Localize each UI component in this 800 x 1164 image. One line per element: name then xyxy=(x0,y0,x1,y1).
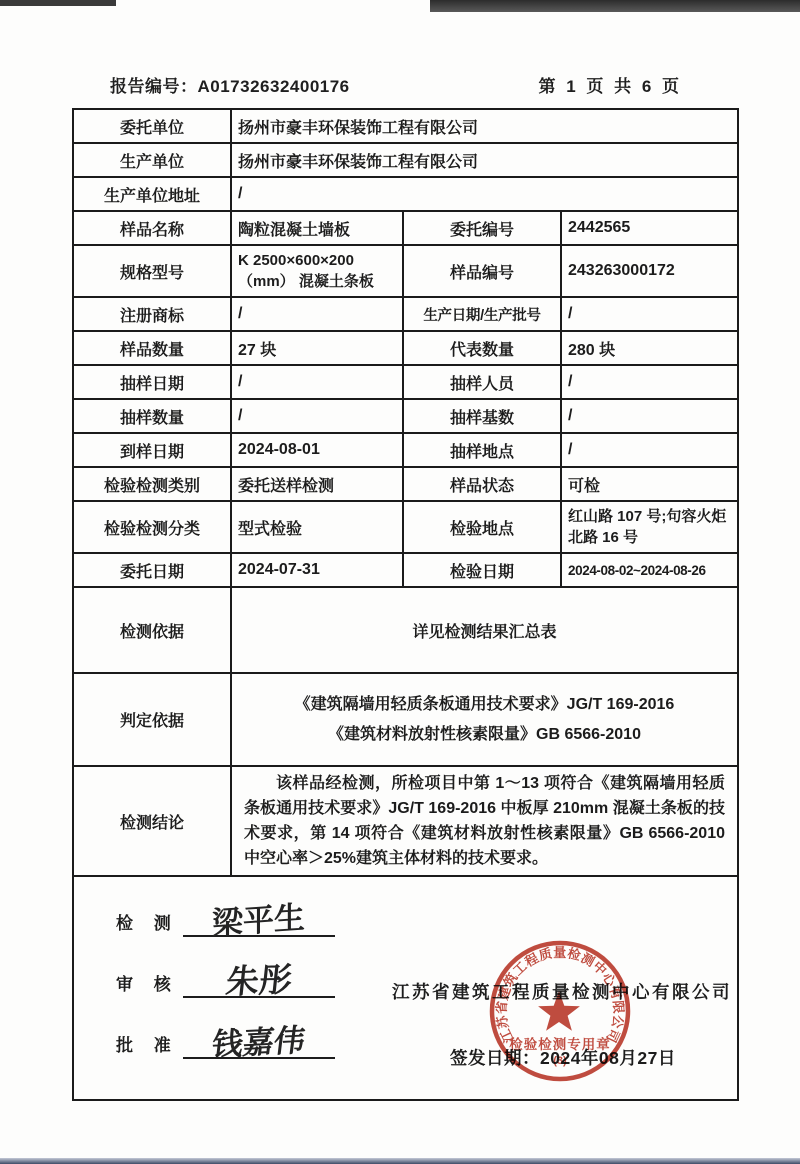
field-label: 抽样数量 xyxy=(73,399,231,433)
field-value: 27 块 xyxy=(231,331,403,365)
approver-signature: 钱嘉伟 xyxy=(211,1027,307,1060)
field-label: 生产单位地址 xyxy=(73,177,231,211)
conclusion-text: 该样品经检测，所检项目中第 1～13 项符合《建筑隔墙用轻质条板通用技术要求》J… xyxy=(238,769,731,873)
row-sample-quantity: 样品数量 27 块 代表数量 280 块 xyxy=(73,331,738,365)
field-label: 委托日期 xyxy=(73,553,231,587)
row-judgement-basis: 判定依据 《建筑隔墙用轻质条板通用技术要求》JG/T 169-2016 《建筑材… xyxy=(73,673,738,766)
field-label: 生产单位 xyxy=(73,143,231,177)
seal-star-icon xyxy=(538,991,580,1031)
row-client: 委托单位 扬州市豪丰环保装饰工程有限公司 xyxy=(73,109,738,143)
field-value: 280 块 xyxy=(561,331,738,365)
field-label: 生产日期/生产批号 xyxy=(403,297,561,331)
report-number-label: 报告编号： xyxy=(110,77,198,96)
seal-banner-text: 检验检测专用章 xyxy=(509,1036,611,1052)
field-label: 检验地点 xyxy=(403,501,561,553)
report-number-value: A01732632400176 xyxy=(198,77,350,96)
field-value: 2442565 xyxy=(561,211,738,245)
field-value: 扬州市豪丰环保装饰工程有限公司 xyxy=(231,109,738,143)
field-label: 检验检测分类 xyxy=(73,501,231,553)
reviewer-signature: 朱彤 xyxy=(224,965,293,997)
row-manufacturer-address: 生产单位地址 / xyxy=(73,177,738,211)
field-value: / xyxy=(231,399,403,433)
field-label: 样品名称 xyxy=(73,211,231,245)
field-value: 该样品经检测，所检项目中第 1～13 项符合《建筑隔墙用轻质条板通用技术要求》J… xyxy=(231,766,738,876)
field-value: 陶粒混凝土墙板 xyxy=(231,211,403,245)
field-value: 2024-07-31 xyxy=(231,553,403,587)
field-label: 检测依据 xyxy=(73,587,231,673)
page-indicator: 第 1 页 共 6 页 xyxy=(538,72,682,97)
row-test-classification: 检验检测分类 型式检验 检验地点 红山路 107 号;句容火炬北路 16 号 xyxy=(73,501,738,553)
field-value: / xyxy=(561,297,738,331)
field-value: 型式检验 xyxy=(231,501,403,553)
reviewer-label: 审 核 xyxy=(116,970,179,998)
field-value: / xyxy=(561,433,738,467)
row-arrival-date: 到样日期 2024-08-01 抽样地点 / xyxy=(73,433,738,467)
field-label: 检验日期 xyxy=(403,553,561,587)
field-label: 注册商标 xyxy=(73,297,231,331)
field-label: 样品编号 xyxy=(403,245,561,297)
field-value: 243263000172 xyxy=(561,245,738,297)
judgement-standard-2: 《建筑材料放射性核素限量》GB 6566-2010 xyxy=(238,720,731,750)
field-value: 2024-08-02~2024-08-26 xyxy=(561,553,738,587)
scan-artifact-bottom xyxy=(0,1158,800,1164)
inspector-label: 检 测 xyxy=(116,909,179,937)
row-commission-date: 委托日期 2024-07-31 检验日期 2024-08-02~2024-08-… xyxy=(73,553,738,587)
scan-artifact-top-right xyxy=(430,0,800,12)
row-manufacturer: 生产单位 扬州市豪丰环保装饰工程有限公司 xyxy=(73,143,738,177)
row-sample-name: 样品名称 陶粒混凝土墙板 委托编号 2442565 xyxy=(73,211,738,245)
row-signoff: 检 测 梁平生 审 核 朱彤 批 准 钱嘉伟 江苏省建筑工程质量检测中心有限公司 xyxy=(73,876,738,1100)
scan-artifact-top-left xyxy=(0,0,116,6)
field-value: / xyxy=(231,365,403,399)
field-label: 抽样人员 xyxy=(403,365,561,399)
field-value: K 2500×600×200（mm） 混凝土条板 xyxy=(231,245,403,297)
reviewer-row: 审 核 朱彤 xyxy=(116,952,335,998)
field-value: 2024-08-01 xyxy=(231,433,403,467)
official-seal: 江苏省建筑工程质量检测中心有限公司 检验检测专用章 (3) xyxy=(480,931,640,1091)
signoff-area: 检 测 梁平生 审 核 朱彤 批 准 钱嘉伟 江苏省建筑工程质量检测中心有限公司 xyxy=(80,879,731,1097)
field-value: 委托送样检测 xyxy=(231,467,403,501)
report-table: 委托单位 扬州市豪丰环保装饰工程有限公司 生产单位 扬州市豪丰环保装饰工程有限公… xyxy=(72,108,739,1101)
field-value: 详见检测结果汇总表 xyxy=(231,587,738,673)
field-label: 到样日期 xyxy=(73,433,231,467)
approver-label: 批 准 xyxy=(116,1031,179,1059)
field-label: 判定依据 xyxy=(73,673,231,766)
inspector-signature-line: 梁平生 xyxy=(183,891,335,937)
field-value: 《建筑隔墙用轻质条板通用技术要求》JG/T 169-2016 《建筑材料放射性核… xyxy=(231,673,738,766)
field-label: 委托单位 xyxy=(73,109,231,143)
field-value: / xyxy=(561,399,738,433)
field-label: 委托编号 xyxy=(403,211,561,245)
field-label: 抽样基数 xyxy=(403,399,561,433)
field-label: 规格型号 xyxy=(73,245,231,297)
report-header: 报告编号：A01732632400176 第 1 页 共 6 页 xyxy=(110,72,682,97)
field-value: 红山路 107 号;句容火炬北路 16 号 xyxy=(561,501,738,553)
field-value: 可检 xyxy=(561,467,738,501)
reviewer-signature-line: 朱彤 xyxy=(183,952,335,998)
report-page: 报告编号：A01732632400176 第 1 页 共 6 页 委托单位 扬州… xyxy=(0,0,800,1164)
judgement-standard-1: 《建筑隔墙用轻质条板通用技术要求》JG/T 169-2016 xyxy=(238,690,731,720)
field-label: 样品状态 xyxy=(403,467,561,501)
row-sampling-quantity: 抽样数量 / 抽样基数 / xyxy=(73,399,738,433)
row-spec-model: 规格型号 K 2500×600×200（mm） 混凝土条板 样品编号 24326… xyxy=(73,245,738,297)
inspector-signature: 梁平生 xyxy=(212,904,305,938)
field-label: 样品数量 xyxy=(73,331,231,365)
approver-row: 批 准 钱嘉伟 xyxy=(116,1013,335,1059)
field-label: 检验检测类别 xyxy=(73,467,231,501)
field-value: / xyxy=(231,177,738,211)
inspector-row: 检 测 梁平生 xyxy=(116,891,335,937)
field-value: / xyxy=(231,297,403,331)
field-label: 代表数量 xyxy=(403,331,561,365)
row-conclusion: 检测结论 该样品经检测，所检项目中第 1～13 项符合《建筑隔墙用轻质条板通用技… xyxy=(73,766,738,876)
field-value: 扬州市豪丰环保装饰工程有限公司 xyxy=(231,143,738,177)
field-label: 检测结论 xyxy=(73,766,231,876)
row-test-basis: 检测依据 详见检测结果汇总表 xyxy=(73,587,738,673)
row-test-category: 检验检测类别 委托送样检测 样品状态 可检 xyxy=(73,467,738,501)
report-number: 报告编号：A01732632400176 xyxy=(110,72,350,97)
row-trademark: 注册商标 / 生产日期/生产批号 / xyxy=(73,297,738,331)
field-label: 抽样日期 xyxy=(73,365,231,399)
signoff-cell: 检 测 梁平生 审 核 朱彤 批 准 钱嘉伟 江苏省建筑工程质量检测中心有限公司 xyxy=(73,876,738,1100)
field-label: 抽样地点 xyxy=(403,433,561,467)
field-value: / xyxy=(561,365,738,399)
row-sampling-date: 抽样日期 / 抽样人员 / xyxy=(73,365,738,399)
seal-number: (3) xyxy=(553,1055,567,1067)
signature-column: 检 测 梁平生 审 核 朱彤 批 准 钱嘉伟 xyxy=(116,891,335,1074)
approver-signature-line: 钱嘉伟 xyxy=(183,1013,335,1059)
